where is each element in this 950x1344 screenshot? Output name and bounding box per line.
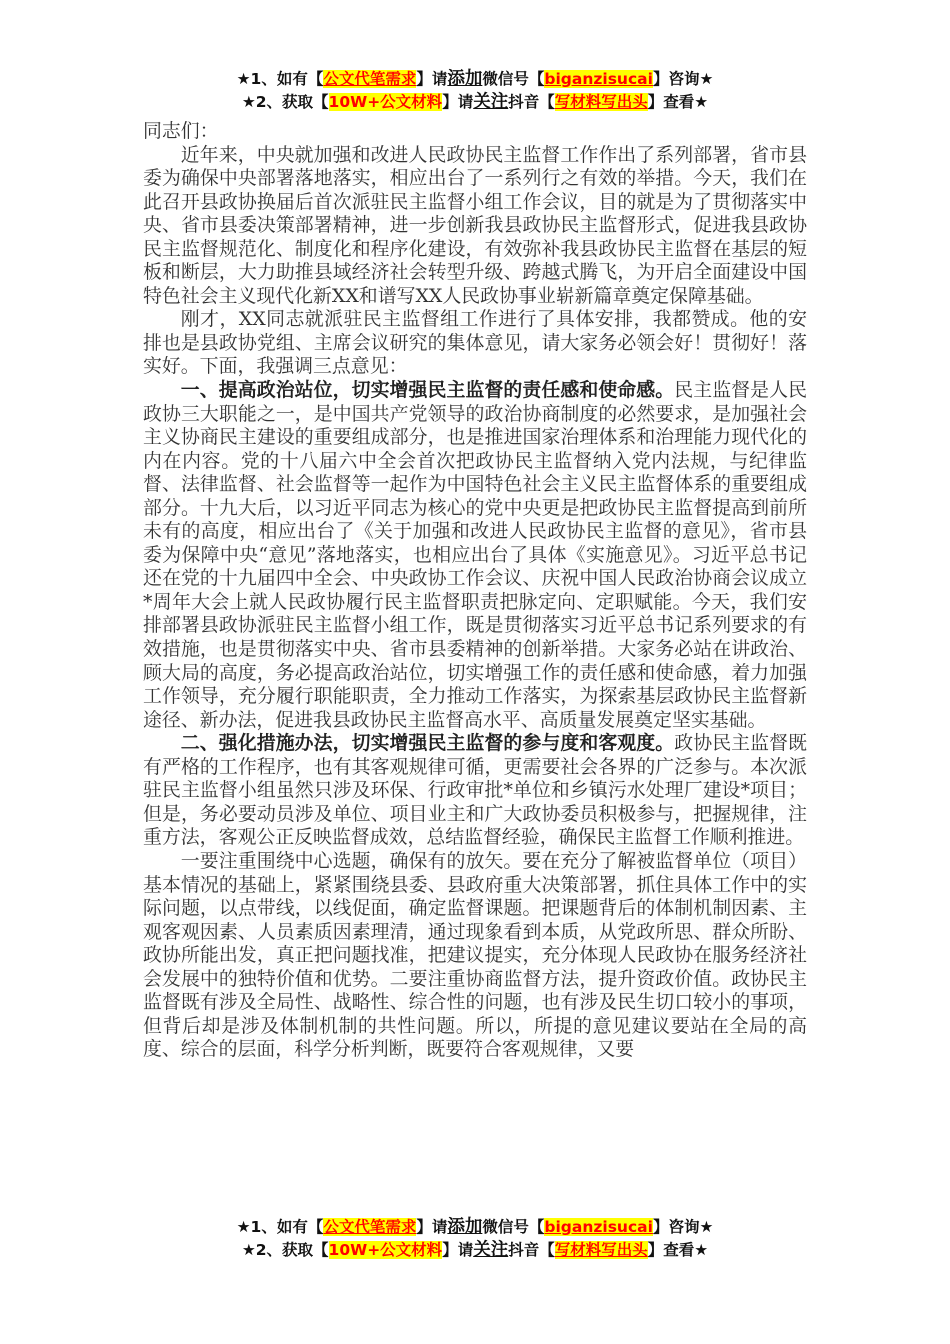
promo-text: 】请 [416,1218,447,1236]
highlight-materials: 10W+公文材料 [329,1241,443,1259]
highlight-douyin-account: 写材料写出头 [555,1241,648,1259]
promo-text: 】请 [416,70,447,88]
section-heading: 二、强化措施办法，切实增强民主监督的参与度和客观度。 [181,732,674,754]
emphasis-add: 添加 [447,1217,482,1237]
promo-text: ★1、如有【 [237,70,324,88]
promo-text: 抖音【 [508,1241,555,1259]
paragraph-agreement: 刚才，XX同志就派驻民主监督组工作进行了具体安排，我都赞成。他的安排也是县政协党… [143,308,807,379]
promo-text: 】咨询★ [653,1218,713,1236]
paragraph-point-2-detail: 一要注重围绕中心选题，确保有的放矢。要在充分了解被监督单位（项目）基本情况的基础… [143,850,807,1062]
emphasis-add: 添加 [447,69,482,89]
document-body: 同志们： 近年来，中央就加强和改进人民政协民主监督工作作出了系列部署，省市县委为… [143,120,807,1062]
promo-text: ★1、如有【 [237,1218,324,1236]
highlight-ghostwriting-service: 公文代笔需求 [323,70,416,88]
paragraph-intro: 近年来，中央就加强和改进人民政协民主监督工作作出了系列部署，省市县委为确保中央部… [143,144,807,309]
promo-line-2: ★2、获取【10W+公文材料】请关注抖音【写材料写出头】查看★ [0,91,950,114]
promo-line-1: ★1、如有【公文代笔需求】请添加微信号【biganzisucai】咨询★ [0,68,950,91]
promo-text: 】请 [442,1241,473,1259]
promo-line-2: ★2、获取【10W+公文材料】请关注抖音【写材料写出头】查看★ [0,1239,950,1262]
highlight-materials: 10W+公文材料 [329,93,443,111]
paragraph-text: 民主监督是人民政协三大职能之一，是中国共产党领导的政治协商制度的必然要求，是加强… [143,379,807,731]
promo-text: ★2、获取【 [242,1241,329,1259]
promo-text: 】请 [442,93,473,111]
promo-line-1: ★1、如有【公文代笔需求】请添加微信号【biganzisucai】咨询★ [0,1216,950,1239]
emphasis-follow: 关注 [473,92,508,112]
promo-footer: ★1、如有【公文代笔需求】请添加微信号【biganzisucai】咨询★ ★2、… [0,1216,950,1262]
highlight-wechat-id: biganzisucai [544,1218,653,1236]
paragraph-text: 一要注重围绕中心选题，确保有的放矢。要在充分了解被监督单位（项目）基本情况的基础… [143,850,807,1060]
section-heading: 一、提高政治站位，切实增强民主监督的责任感和使命感。 [181,379,674,401]
paragraph-text: 刚才，XX同志就派驻民主监督组工作进行了具体安排，我都赞成。他的安排也是县政协党… [143,308,807,377]
highlight-wechat-id: biganzisucai [544,70,653,88]
paragraph-text: 近年来，中央就加强和改进人民政协民主监督工作作出了系列部署，省市县委为确保中央部… [143,144,807,307]
promo-text: 】查看★ [648,93,708,111]
promo-text: 】咨询★ [653,70,713,88]
promo-header: ★1、如有【公文代笔需求】请添加微信号【biganzisucai】咨询★ ★2、… [0,68,950,114]
promo-text: 抖音【 [508,93,555,111]
promo-text: 】查看★ [648,1241,708,1259]
paragraph-point-2: 二、强化措施办法，切实增强民主监督的参与度和客观度。政协民主监督既有严格的工作程… [143,732,807,850]
highlight-ghostwriting-service: 公文代笔需求 [323,1218,416,1236]
emphasis-follow: 关注 [473,1240,508,1260]
promo-text: ★2、获取【 [242,93,329,111]
salutation: 同志们： [143,120,807,144]
promo-text: 微信号【 [482,1218,544,1236]
paragraph-point-1: 一、提高政治站位，切实增强民主监督的责任感和使命感。民主监督是人民政协三大职能之… [143,379,807,732]
highlight-douyin-account: 写材料写出头 [555,93,648,111]
promo-text: 微信号【 [482,70,544,88]
